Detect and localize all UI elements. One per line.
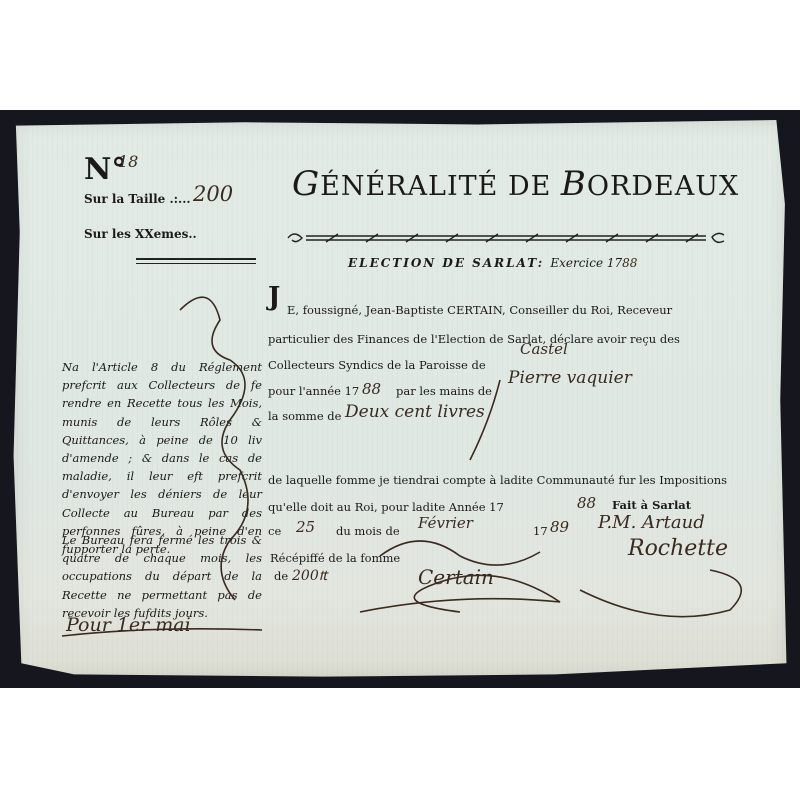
signature-flourish-icon bbox=[0, 0, 800, 800]
